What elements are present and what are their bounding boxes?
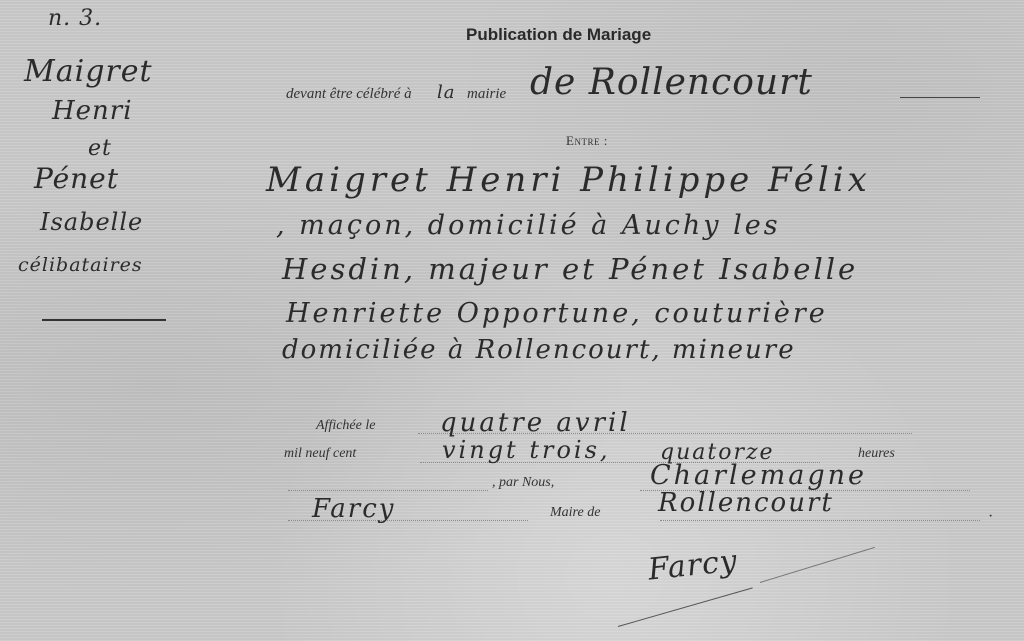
body-line-3: Hesdin, majeur et Pénet Isabelle [282, 252, 858, 286]
margin-bride-firstname: Isabelle [40, 208, 143, 236]
record-number: n. 3. [48, 6, 102, 31]
year-value: vingt trois, [442, 436, 611, 464]
ceremony-mairie-label: mairie [467, 86, 506, 103]
year-label: mil neuf cent [284, 446, 356, 462]
ceremony-handwritten-article: la [437, 82, 456, 103]
body-line-2: , maçon, domicilié à Auchy les [276, 210, 781, 241]
dotted-line-mayor-name [288, 490, 488, 491]
affichee-date: quatre avril [440, 408, 631, 438]
affichee-label: Affichée le [316, 418, 375, 434]
par-nous-label: , par Nous, [492, 475, 554, 491]
mayor-firstname: Charlemagne [650, 460, 867, 491]
margin-groom-surname: Maigret [24, 54, 153, 89]
ceremony-place: de Rollencourt [530, 62, 813, 103]
margin-bride-surname: Pénet [34, 162, 119, 195]
entre-label: Entre : [566, 133, 608, 149]
signature-flourish-right [760, 547, 875, 583]
signature-flourish-left [618, 587, 753, 627]
body-line-4: Henriette Opportune, couturière [286, 298, 828, 329]
maire-place: Rollencourt [658, 488, 834, 518]
margin-divider [42, 319, 166, 321]
line-end-period: · [988, 508, 993, 526]
mayor-surname: Farcy [312, 494, 395, 524]
margin-status: célibataires [18, 254, 143, 276]
ceremony-prefix: devant être célébré à [286, 86, 412, 103]
body-line-5: domiciliée à Rollencourt, mineure [282, 335, 796, 365]
ceremony-place-flourish [900, 97, 980, 98]
document-title: Publication de Mariage [466, 25, 651, 45]
margin-conjunction: et [88, 136, 112, 161]
maire-label: Maire de [550, 505, 600, 521]
mayor-signature: Farcy [646, 543, 739, 587]
body-line-1: Maigret Henri Philippe Félix [266, 160, 871, 200]
dotted-line-maire-place [660, 520, 980, 521]
margin-groom-firstname: Henri [52, 96, 133, 126]
